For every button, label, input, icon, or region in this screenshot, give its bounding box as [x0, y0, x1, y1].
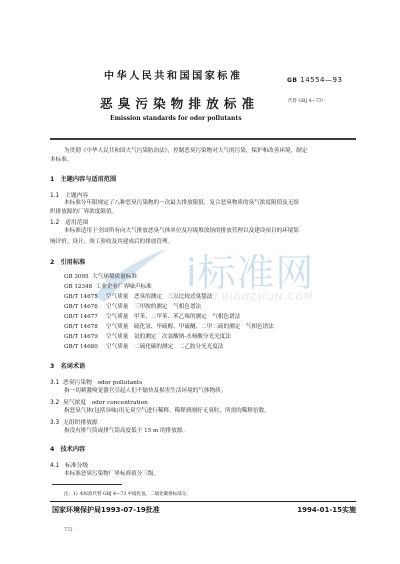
reference-row: GB/T 14675空气质量恶臭的测定 三点比较式臭袋法: [64, 293, 212, 301]
reference-code: GB/T 14680: [64, 343, 106, 351]
section-1-2-line-1: 本标准适用于全国所有向大气排放恶臭气体单位及垃圾堆放场的排放管理以及建设项目的环…: [64, 227, 299, 235]
term-heading: 3.3 无组织排放源: [50, 417, 98, 426]
term-cn: 恶臭污染物: [63, 380, 92, 386]
reference-subject: 空气质量: [106, 303, 134, 311]
term-number: 3.1: [50, 380, 59, 386]
header-divider: [50, 138, 356, 140]
term-cn: 臭气浓度: [63, 400, 86, 406]
footnote: 注：1) 本标准代替 GBJ 4—73 中硫化氢、二硫化碳排标部分。: [64, 491, 191, 497]
term-heading: 3.1 恶臭污染物 odor pollutants: [50, 377, 142, 386]
page-number: 772: [64, 528, 73, 533]
section-1-2-line-2: 响评价、设计、竣工验收及其建成后的排放管理。: [50, 238, 173, 246]
section-2-heading: 2 引用标准: [50, 257, 85, 266]
reference-subject: 空气质量: [106, 333, 134, 341]
section-1-2-heading: 1.2 适用范围: [50, 217, 88, 226]
standard-title-cn: 恶臭污染物排放标准: [100, 94, 259, 112]
reference-subject: 空气质量: [106, 323, 134, 331]
replaces-note: 代替 GBJ 4—73¹⁾: [288, 98, 325, 104]
term-number: 3.3: [50, 420, 59, 426]
reference-code: GB 12348: [64, 284, 92, 290]
reference-method: 甲苯、二甲苯、苯乙烯的测定 气相色谱法: [134, 314, 240, 320]
reference-row: GB 3095 大气环境质量标准: [64, 273, 137, 281]
reference-subject: 空气质量: [106, 313, 134, 321]
reference-subject: 空气质量: [106, 343, 134, 351]
national-standard-label: 中华人民共和国国家标准: [104, 67, 243, 82]
reference-code: GB/T 14677: [64, 313, 106, 321]
reference-row: GB/T 14677空气质量甲苯、二甲苯、苯乙烯的测定 气相色谱法: [64, 313, 240, 321]
reference-code: GB/T 14678: [64, 323, 106, 331]
section-4-1-text: 本标准恶臭污染物厂界标准值分三级。: [64, 470, 159, 478]
footnote-divider: [52, 484, 122, 485]
section-4-1-heading: 4.1 标准分级: [50, 460, 88, 469]
standard-code-prefix: GB: [287, 77, 298, 84]
reference-method: 三甲胺的测定 气相色谱法: [134, 304, 201, 310]
term-definition: 指没有排气筒或排气筒高度低于 15 m 的排放源。: [64, 427, 188, 435]
reference-row: GB/T 14678空气质量硫化氢、甲硫醇、甲硫醚、二甲二硫的测定 气相色谱法: [64, 323, 274, 331]
section-3-heading: 3 名词术语: [50, 361, 85, 370]
standard-title-en: Emission standards for odor pollutants: [110, 115, 242, 122]
approval-date: 国家环境保护局1993-07-19批准: [52, 505, 160, 515]
term-heading: 3.2 臭气浓度 odor concentration: [50, 397, 148, 406]
reference-subject: 工业企业厂界噪声标准: [96, 284, 152, 290]
term-en: odor pollutants: [97, 380, 142, 386]
reference-code: GB/T 14676: [64, 303, 106, 311]
reference-row: GB 12348 工业企业厂界噪声标准: [64, 283, 152, 291]
reference-subject: 大气环境质量标准: [92, 274, 137, 280]
reference-method: 恶臭的测定 三点比较式臭袋法: [134, 294, 212, 300]
watermark-text: i标准网: [186, 242, 315, 297]
term-definition: 指恶臭气体(包括异味)用无臭空气进行稀释，稀释到刚好无臭时，所需的稀释倍数。: [64, 407, 270, 415]
document-page: { "header": { "national_standard_label":…: [0, 0, 400, 564]
reference-row: GB/T 14679空气质量氨的测定 次氯酸钠-水杨酸分光光度法: [64, 333, 231, 341]
footer-divider: [50, 501, 356, 502]
reference-subject: 空气质量: [106, 293, 134, 301]
section-1-heading: 1 主题内容与适用范围: [50, 174, 116, 183]
reference-code: GB/T 14679: [64, 333, 106, 341]
reference-method: 氨的测定 次氯酸钠-水杨酸分光光度法: [134, 334, 231, 340]
effective-date: 1994-01-15实施: [297, 505, 356, 515]
term-cn: 无组织排放源: [63, 420, 98, 426]
reference-code: GB/T 14675: [64, 293, 106, 301]
standard-code-number: 14554—93: [300, 76, 342, 84]
standard-code: GB 14554—93: [287, 76, 342, 84]
reference-row: GB/T 14676空气质量三甲胺的测定 气相色谱法: [64, 303, 201, 311]
term-definition: 指一切刺激嗅觉器官引起人们不愉快及损害生活环境的气体物质。: [64, 387, 226, 395]
section-1-1-heading: 1.1 主题内容: [50, 190, 88, 199]
term-number: 3.2: [50, 400, 59, 406]
reference-method: 硫化氢、甲硫醇、甲硫醚、二甲二硫的测定 气相色谱法: [134, 324, 274, 330]
term-en: odor concentration: [92, 400, 148, 406]
section-1-1-line-1: 本标准分年限规定了八种恶臭污染物的一次最大排放限值，复合恶臭物质的臭气浓度限值及…: [64, 199, 299, 207]
section-4-heading: 4 技术内容: [50, 444, 85, 453]
intro-line-2: 本标准。: [50, 156, 72, 164]
intro-line-1: 为贯彻《中华人民共和国大气污染防治法》，控制恶臭污染物对大气的污染，保护和改善环…: [64, 147, 307, 155]
section-1-1-line-2: 织排放源的厂界浓度限值。: [50, 208, 117, 216]
reference-method: 二硫化碳的测定 二乙胺分光光度法: [134, 344, 224, 350]
reference-code: GB 3095: [64, 274, 89, 280]
reference-row: GB/T 14680空气质量二硫化碳的测定 二乙胺分光光度法: [64, 343, 224, 351]
